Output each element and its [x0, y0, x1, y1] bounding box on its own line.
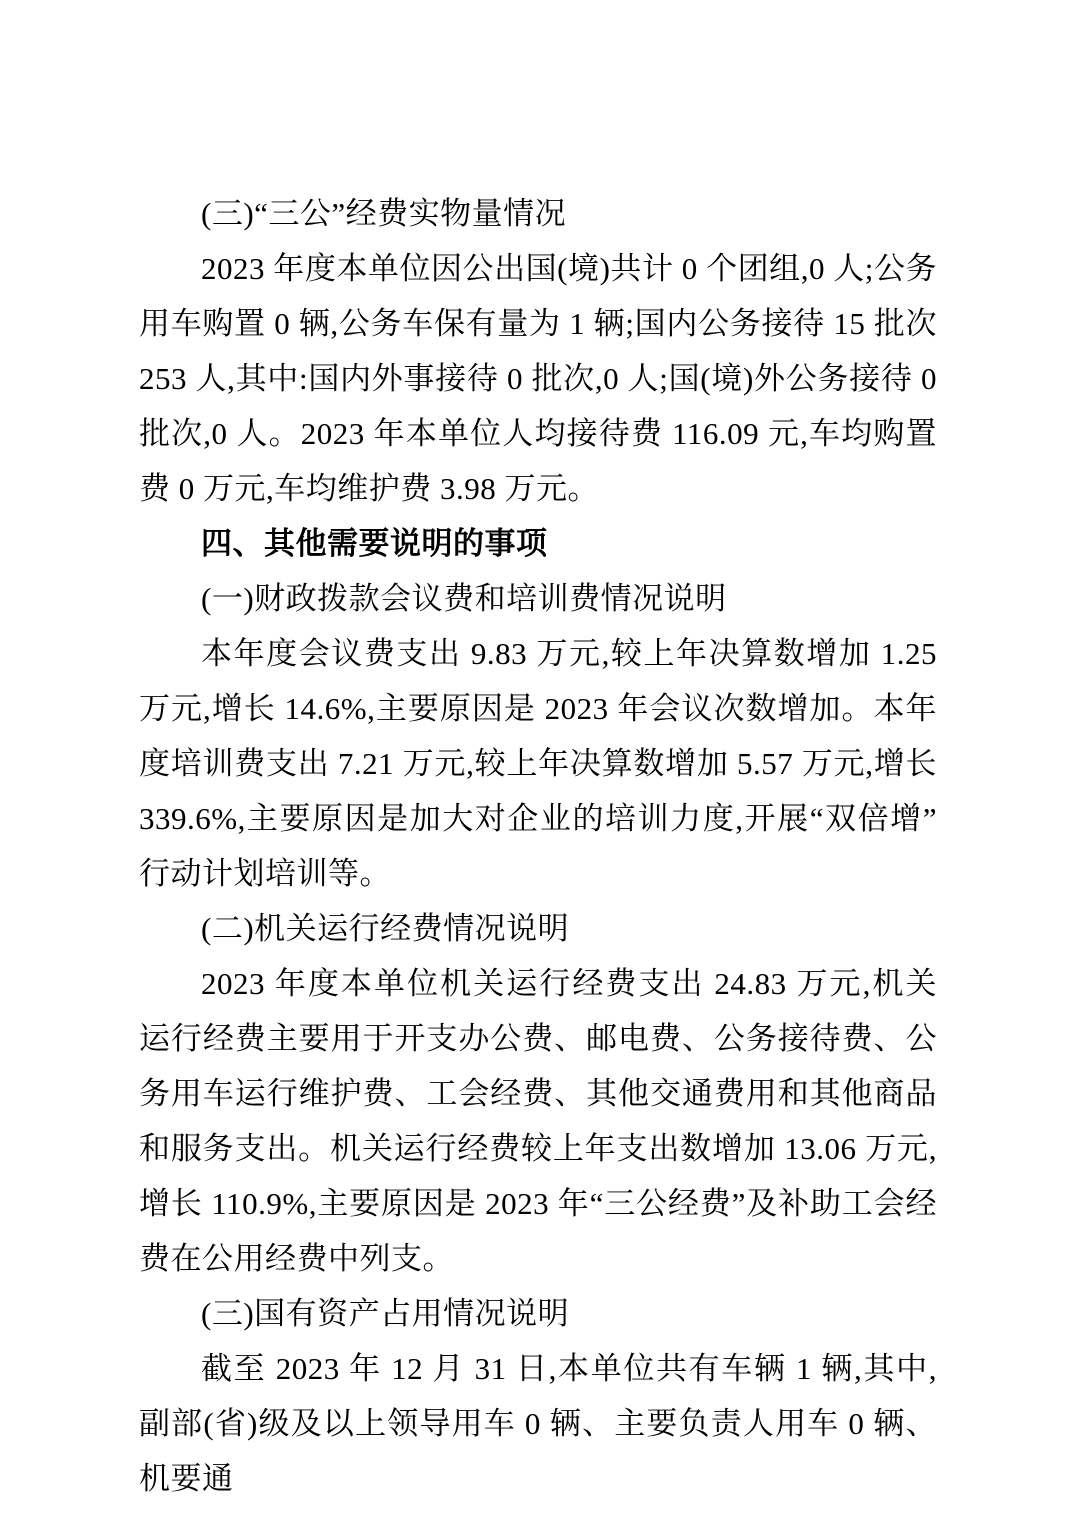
document-page: (三)“三公”经费实物量情况 2023 年度本单位因公出国(境)共计 0 个团组…: [0, 0, 1074, 1520]
section-heading-agency-operating-expenses: (二)机关运行经费情况说明: [139, 901, 937, 956]
section-heading-other-matters: 四、其他需要说明的事项: [139, 516, 937, 571]
section-heading-meeting-training-fees: (一)财政拨款会议费和培训费情况说明: [139, 571, 937, 626]
paragraph-state-owned-assets: 截至 2023 年 12 月 31 日,本单位共有车辆 1 辆,其中,副部(省)…: [139, 1341, 937, 1506]
section-heading-three-public-physical-quantity: (三)“三公”经费实物量情况: [139, 186, 937, 241]
section-heading-state-owned-assets: (三)国有资产占用情况说明: [139, 1286, 937, 1341]
paragraph-agency-operating-expenses: 2023 年度本单位机关运行经费支出 24.83 万元,机关运行经费主要用于开支…: [139, 956, 937, 1286]
paragraph-three-public-physical-quantity: 2023 年度本单位因公出国(境)共计 0 个团组,0 人;公务用车购置 0 辆…: [139, 241, 937, 516]
paragraph-meeting-training-fees: 本年度会议费支出 9.83 万元,较上年决算数增加 1.25 万元,增长 14.…: [139, 626, 937, 901]
